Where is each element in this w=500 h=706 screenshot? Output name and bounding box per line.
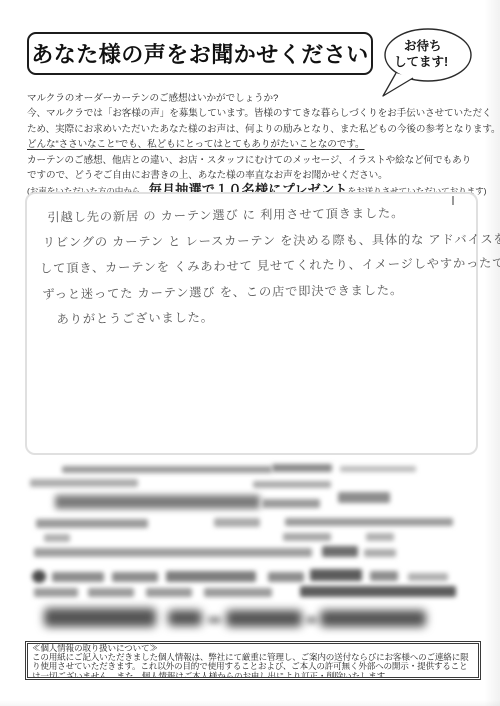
feedback-sheet-page: あなた様の声をお聞かせください お待ち してます! マルクラのオーダーカーテンの… — [0, 0, 500, 706]
redacted-text-bar — [340, 466, 416, 472]
redacted-text-bar — [262, 499, 320, 508]
redacted-text-bar — [253, 481, 331, 488]
redacted-text-bar — [166, 571, 256, 582]
redacted-phone-digits — [226, 610, 302, 627]
redacted-text-bar — [34, 588, 78, 597]
redacted-text-bar — [62, 466, 272, 473]
handwriting-line: 引越し先の新居 の カーテン選び に 利用させて頂きました。 — [47, 200, 459, 231]
redacted-text-bar — [214, 518, 260, 527]
redacted-phone-digits — [168, 610, 202, 626]
redacted-text-bar — [204, 588, 272, 597]
redacted-text-bar — [408, 573, 448, 581]
redacted-text-bar — [268, 572, 304, 582]
handwriting-line: ずっと迷ってた カーテン選び を、この店で即決できました。 — [42, 277, 460, 308]
pen-stray-mark — [452, 196, 454, 205]
redacted-text-bar — [364, 549, 396, 557]
handwritten-testimonial: 引越し先の新居 の カーテン選び に 利用させて頂きました。 リビングの カーテ… — [39, 200, 461, 333]
redacted-text-bar — [52, 572, 104, 582]
redacted-phone-dash — [208, 617, 221, 623]
handwriting-line: リビングの カーテン と レースカーテン を決める際も、具体的な アドバイスを — [43, 227, 460, 255]
intro-line-5: カーテンのご感想、他店との違い、お店・スタッフにむけてのメッセージ、イラストや絵… — [27, 153, 483, 168]
redacted-phone-block — [44, 608, 156, 627]
redacted-text-bar — [338, 492, 390, 503]
privacy-notice-box: ≪個人情報の取り扱いについて≫ この用紙にご記入いただきました個人情報は、弊社に… — [25, 641, 481, 680]
redacted-text-bar — [283, 533, 331, 541]
redacted-text-bar — [44, 534, 70, 542]
intro-line-1: マルクラのオーダーカーテンのご感想はいかがでしょうか? — [27, 91, 483, 106]
scan-edge-artifact — [484, 0, 500, 706]
redacted-text-bar — [36, 519, 148, 528]
redacted-bullet-dot — [32, 570, 46, 583]
scan-edge-artifact — [0, 700, 500, 706]
redacted-text-bar — [285, 518, 453, 526]
redacted-text-bar — [30, 479, 138, 487]
intro-line-6: ですので、どうぞご自由にお書きの上、あなた様の率直なお声をお聞かせください。 — [27, 168, 483, 183]
redacted-name-bar — [55, 495, 260, 509]
redacted-text-bar — [88, 588, 134, 597]
intro-line-2: 今、マルクラでは「お客様の声」を募集しています。皆様のすてきな暮らしづくりをお手… — [27, 106, 483, 121]
redacted-phone-dash — [306, 617, 317, 623]
redacted-text-bar — [300, 586, 456, 597]
redacted-text-bar — [34, 548, 312, 557]
page-title-box: あなた様の声をお聞かせください — [27, 32, 373, 75]
intro-paragraphs: マルクラのオーダーカーテンのご感想はいかがでしょうか? 今、マルクラでは「お客様… — [27, 91, 483, 198]
bubble-line-1: お待ち — [394, 38, 466, 54]
handwriting-line: ありがとうございました。 — [56, 302, 460, 332]
intro-line-4-underlined: どんな“ささいなこと”でも、私どもにとってはとてもありがたいことなのです。 — [27, 137, 483, 152]
redacted-text-bar — [112, 572, 158, 582]
speech-bubble-text: お待ち してます! — [394, 38, 466, 70]
privacy-notice: ≪個人情報の取り扱いについて≫ この用紙にご記入いただきました個人情報は、弊社に… — [27, 643, 479, 678]
redacted-text-bar — [370, 571, 398, 581]
intro-line-3: ため、実際にお求めいただいたあなた様のお声は、何よりの励みとなり、また私どもの今… — [27, 122, 483, 137]
redacted-text-bar — [146, 588, 192, 597]
bubble-line-2: してます! — [394, 54, 466, 70]
privacy-body: この用紙にご記入いただきました個人情報は、弊社にて厳重に管理し、ご案内の送付なら… — [32, 652, 468, 678]
redacted-text-bar — [310, 569, 362, 581]
redacted-phone-digits — [320, 610, 426, 627]
redacted-text-bar — [322, 546, 358, 557]
redacted-text-bar — [366, 533, 394, 541]
page-title: あなた様の声をお聞かせください — [31, 38, 369, 69]
redacted-text-bar — [272, 464, 332, 472]
